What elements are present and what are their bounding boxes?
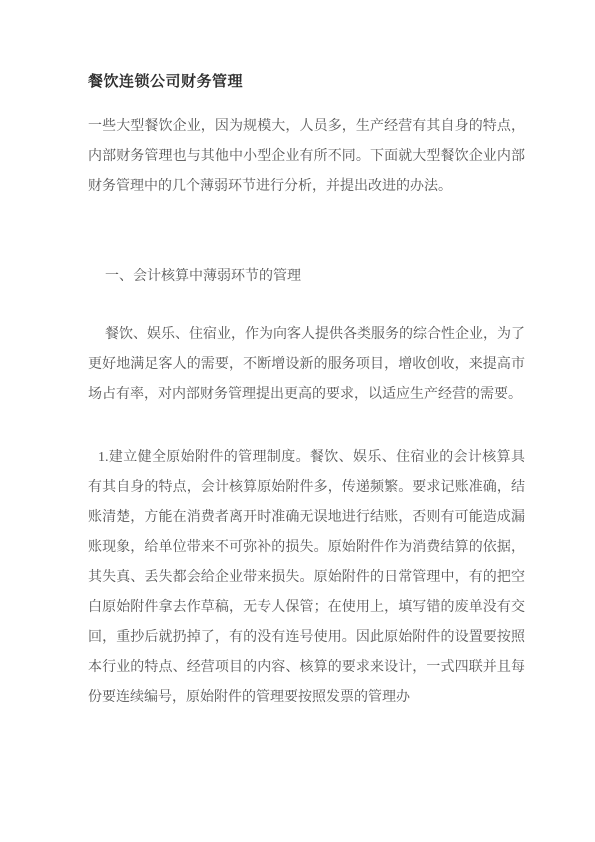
section-one-paragraph-1: 餐饮、娱乐、住宿业，作为向客人提供各类服务的综合性企业，为了更好地满足客人的需要…: [88, 320, 525, 410]
section-one-paragraph-2: 1.建立健全原始附件的管理制度。餐饮、娱乐、住宿业的会计核算具有其自身的特点，会…: [88, 443, 525, 713]
document-page: 餐饮连锁公司财务管理 一些大型餐饮企业，因为规模大，人员多，生产经营有其自身的特…: [0, 0, 595, 842]
intro-paragraph: 一些大型餐饮企业，因为规模大，人员多，生产经营有其自身的特点，内部财务管理也与其…: [88, 112, 525, 202]
section-one-heading: 一、会计核算中薄弱环节的管理: [88, 262, 525, 292]
document-title: 餐饮连锁公司财务管理: [88, 72, 525, 92]
document-content: 餐饮连锁公司财务管理 一些大型餐饮企业，因为规模大，人员多，生产经营有其自身的特…: [88, 72, 525, 713]
